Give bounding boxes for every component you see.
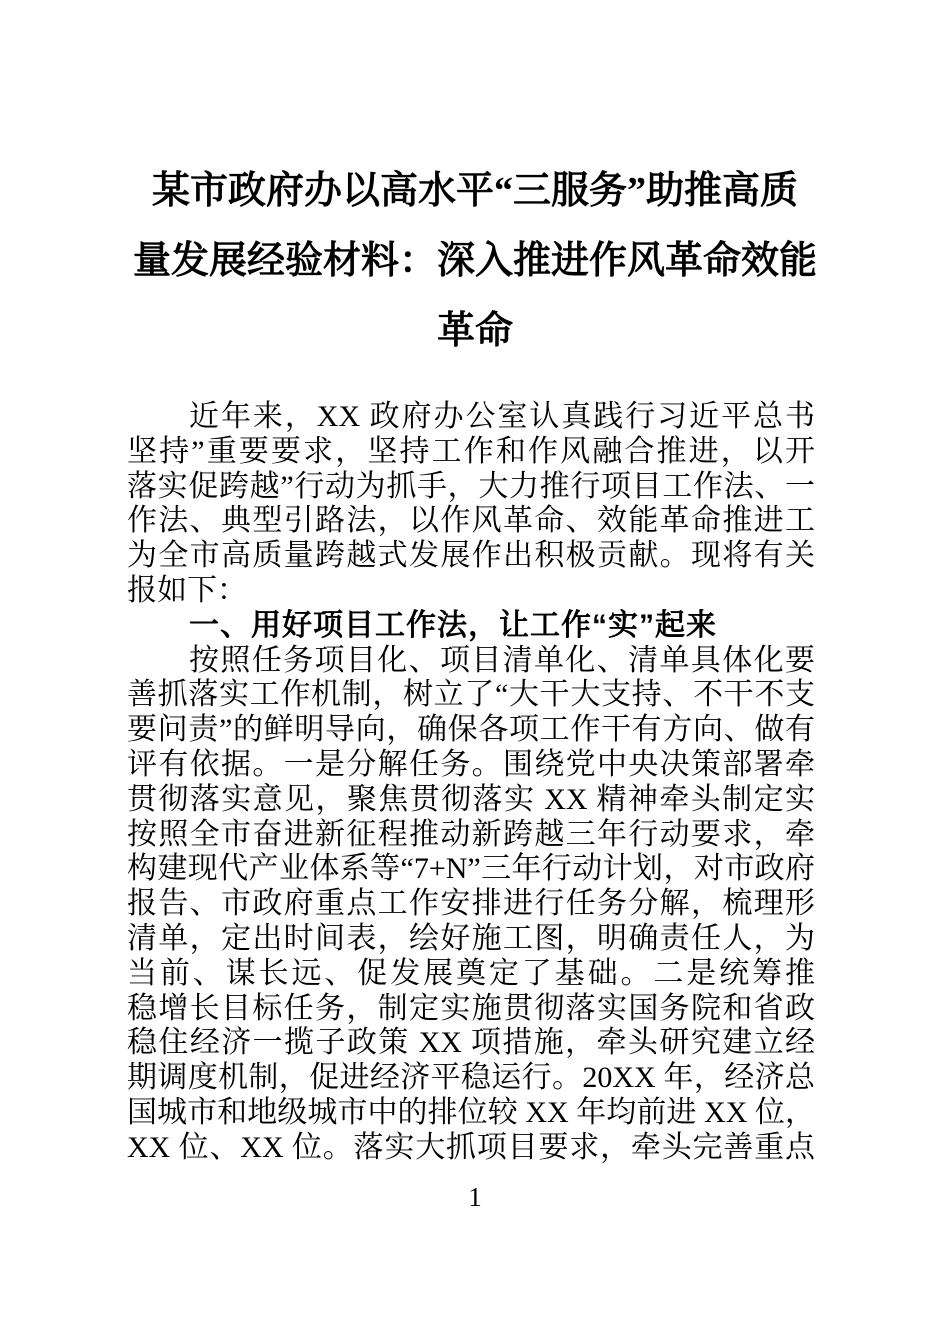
paragraph-2-line: 善抓落实工作机制，树立了“大干大支持、不干不支持还 <box>127 678 815 713</box>
document-body: 近年来，XX 政府办公室认真践行习近平总书记“五个 坚持”重要要求，坚持工作和作… <box>127 400 815 1166</box>
paragraph-2-line: 贯彻落实意见，聚焦贯彻落实 XX 精神牵头制定实施方案， <box>127 783 815 818</box>
document-title-line-3: 革命 <box>0 296 950 366</box>
paragraph-2-line: 国城市和地级城市中的排位较 XX 年均前进 XX 位，分别排 <box>127 1096 815 1131</box>
paragraph-1-line: 落实促跨越”行动为抓手，大力推行项目工作法、一线工 <box>127 470 815 505</box>
paragraph-1-line: 报如下： <box>127 574 815 609</box>
paragraph-2-line: XX 位、XX 位。落实大抓项目要求，牵头完善重点项目现 <box>127 1131 815 1166</box>
document-page: 某市政府办以高水平“三服务”助推高质 量发展经验材料：深入推进作风革命效能 革命… <box>0 0 950 1344</box>
document-title-line-1: 某市政府办以高水平“三服务”助推高质 <box>0 156 950 226</box>
paragraph-2-line: 构建现代产业体系等“7+N”三年行动计划，对市政府工作 <box>127 852 815 887</box>
paragraph-1-line: 作法、典型引路法，以作风革命、效能革命推进工作落实 <box>127 504 815 539</box>
paragraph-2-line: 要问责”的鲜明导向，确保各项工作干有方向、做有标尺 <box>127 713 815 748</box>
document-title-line-2: 量发展经验材料：深入推进作风革命效能 <box>0 226 950 296</box>
paragraph-2-line: 报告、市政府重点工作安排进行任务分解，梳理形成项目 <box>127 887 815 922</box>
paragraph-1-line: 坚持”重要要求，坚持工作和作风融合推进，以开展“抓 <box>127 435 815 470</box>
page-number: 1 <box>0 1180 950 1214</box>
section-1-heading: 一、用好项目工作法，让工作“实”起来 <box>127 609 815 644</box>
paragraph-2-line: 稳住经济一揽子政策 XX 项措施，牵头研究建立经济运行定 <box>127 1026 815 1061</box>
paragraph-2-line: 评有依据。一是分解任务。围绕党中央决策部署牵头制定 <box>127 748 815 783</box>
paragraph-2-line: 期调度机制，促进经济平稳运行。20XX 年，经济总量在全 <box>127 1061 815 1096</box>
paragraph-2-line: 按照任务项目化、项目清单化、清单具体化要求，完 <box>127 644 815 679</box>
paragraph-1-line: 为全市高质量跨越式发展作出积极贡献。现将有关情况汇 <box>127 539 815 574</box>
paragraph-2-line: 当前、谋长远、促发展奠定了基础。二是统筹推进。聚焦 <box>127 957 815 992</box>
paragraph-2-line: 清单，定出时间表，绘好施工图，明确责任人，为全市抓 <box>127 922 815 957</box>
paragraph-1-line: 近年来，XX 政府办公室认真践行习近平总书记“五个 <box>127 400 815 435</box>
paragraph-2-line: 稳增长目标任务，制定实施贯彻落实国务院和省政府扎实 <box>127 992 815 1027</box>
document-title: 某市政府办以高水平“三服务”助推高质 量发展经验材料：深入推进作风革命效能 革命 <box>0 156 950 366</box>
paragraph-2-line: 按照全市奋进新征程推动新跨越三年行动要求，牵头起草 <box>127 818 815 853</box>
